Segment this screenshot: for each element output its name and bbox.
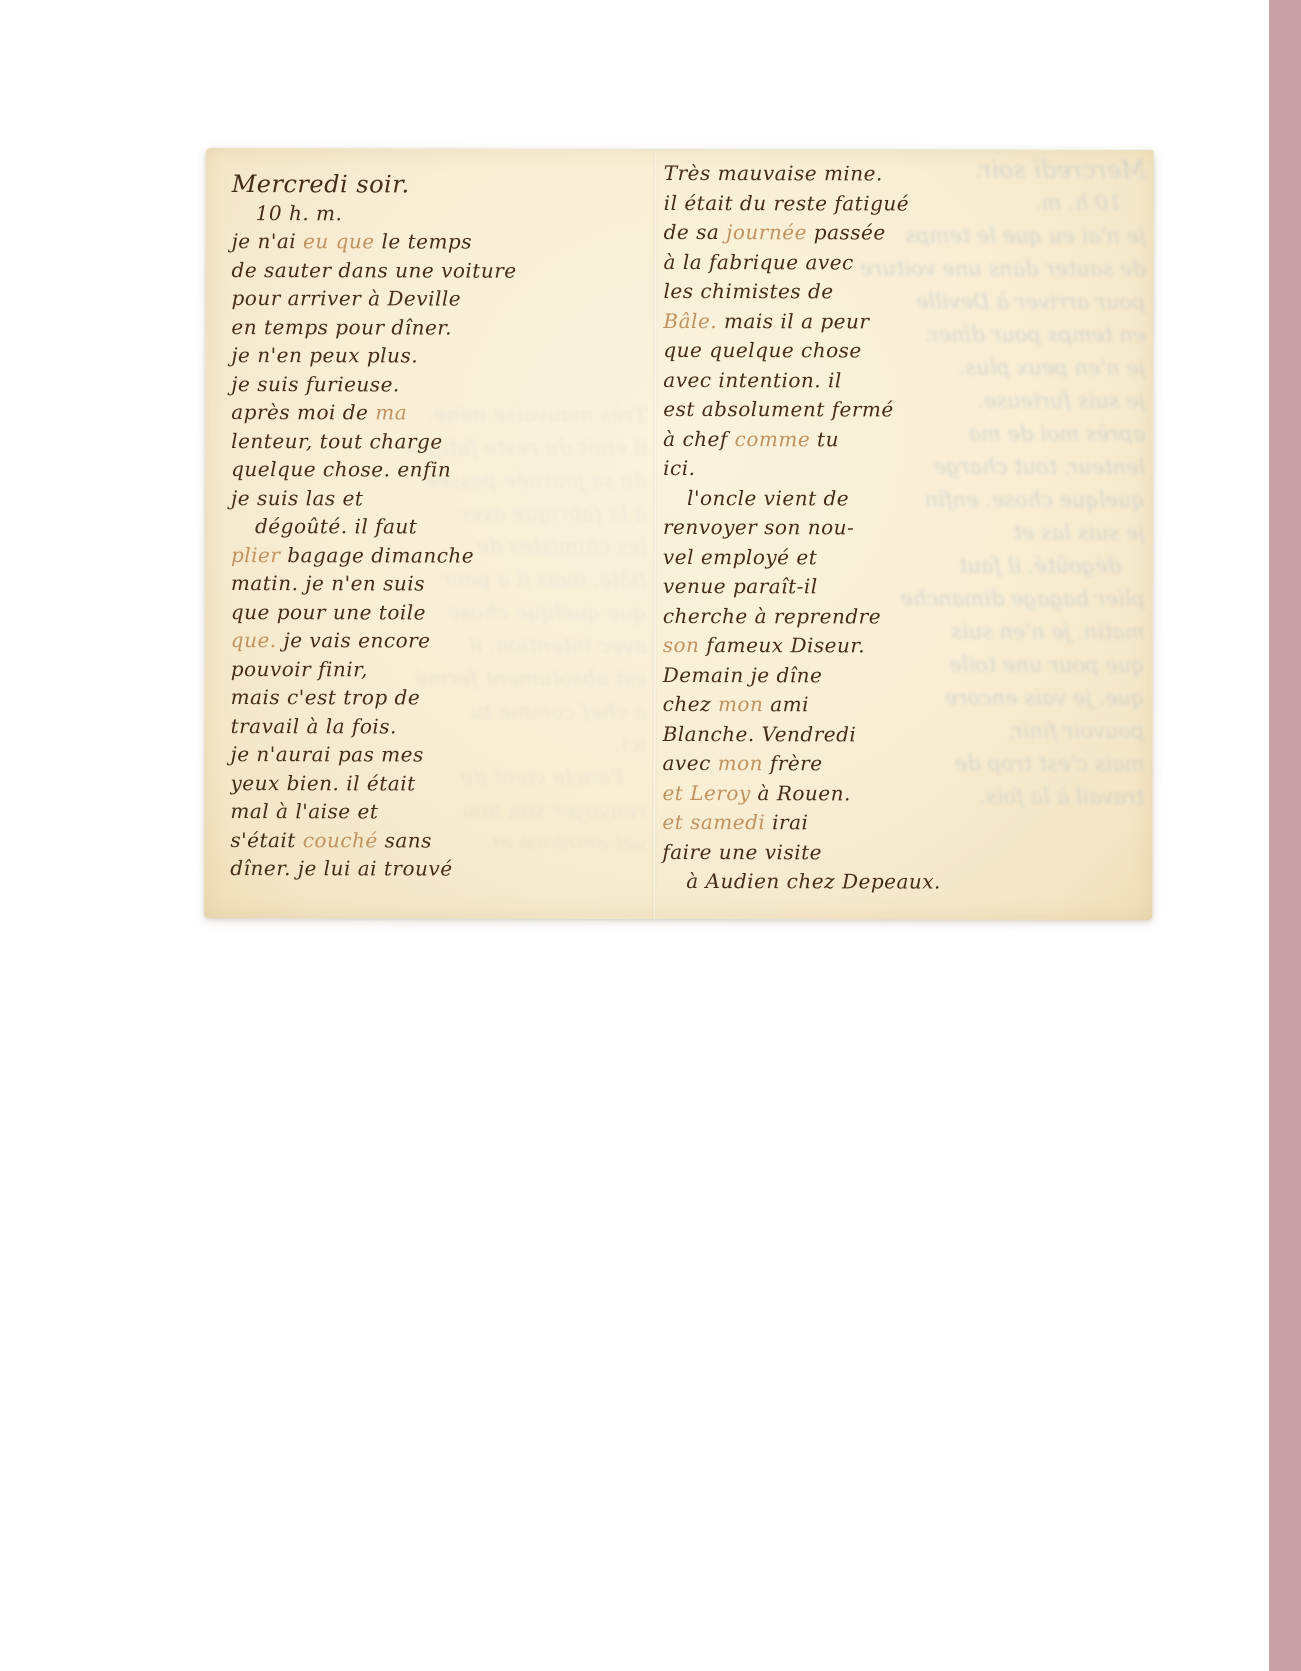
handwriting-line: yeux bien. il était: [230, 769, 652, 798]
handwriting-segment: mal à l'aise et: [230, 799, 378, 823]
handwriting-line: je suis furieuse.: [231, 370, 653, 399]
handwriting-line: que. je vais encore: [231, 626, 653, 655]
handwriting-line: chez mon ami: [663, 690, 1143, 721]
handwriting-line: lenteur, tout charge: [231, 427, 653, 456]
handwriting-segment: de sauter dans une voiture: [232, 258, 517, 283]
handwriting-segment: mais c'est trop de: [231, 685, 421, 709]
handwriting-segment: à la fabrique avec: [664, 249, 854, 273]
handwriting-line: pouvoir finir,: [231, 655, 653, 684]
handwriting-line: de sa journée passée: [664, 218, 1144, 249]
handwriting-line: et samedi irai: [662, 808, 1142, 839]
handwriting-segment: que quelque chose: [663, 338, 861, 362]
handwriting-line: ici.: [663, 454, 1143, 485]
handwriting-line: et Leroy à Rouen.: [662, 778, 1142, 809]
handwriting-line: son fameux Diseur.: [663, 631, 1143, 662]
handwriting-segment: en temps pour dîner.: [231, 315, 452, 339]
handwriting-line: que pour une toile: [231, 598, 653, 627]
handwriting-segment: et samedi: [662, 810, 765, 834]
handwriting-segment: avec: [662, 751, 717, 775]
handwriting-segment: les chimistes de: [663, 279, 833, 303]
letter-left-page: Mercredi soir.10 h. m.je n'ai eu que le …: [230, 170, 653, 883]
handwriting-segment: 10 h. m.: [256, 201, 343, 225]
handwriting-line: travail à la fois.: [231, 712, 653, 741]
handwriting-line: de sauter dans une voiture: [232, 256, 654, 285]
handwriting-line: s'était couché sans: [230, 826, 652, 855]
handwriting-segment: ami: [763, 692, 809, 716]
handwriting-segment: comme: [735, 427, 811, 451]
handwriting-segment: Blanche. Vendredi: [663, 721, 857, 745]
handwriting-segment: plier: [231, 543, 281, 567]
handwriting-segment: de sa: [664, 220, 727, 244]
handwriting-line: venue paraît-il: [663, 572, 1143, 603]
handwriting-line: Blanche. Vendredi: [663, 719, 1143, 750]
handwriting-segment: ma: [375, 400, 407, 424]
handwriting-segment: après moi de: [231, 400, 375, 424]
handwriting-line: avec mon frère: [662, 749, 1142, 780]
handwriting-line: dîner. je lui ai trouvé: [230, 854, 652, 883]
handwriting-segment: à Audien chez Depeaux.: [686, 869, 941, 894]
handwriting-segment: Mercredi soir.: [232, 170, 410, 198]
handwriting-segment: avec intention. il: [663, 367, 842, 391]
handwriting-line: cherche à reprendre: [663, 601, 1143, 632]
handwriting-line: dégoûté. il faut: [255, 512, 653, 541]
handwriting-line: faire une visite: [662, 837, 1142, 868]
handwriting-segment: à Rouen.: [751, 781, 851, 805]
handwriting-segment: Demain je dîne: [663, 662, 823, 686]
handwriting-segment: mon: [718, 692, 763, 716]
handwriting-segment: chez: [663, 692, 718, 716]
handwriting-line: mais c'est trop de: [231, 683, 653, 712]
handwriting-segment: matin. je n'en suis: [231, 571, 425, 595]
handwriting-segment: pour arriver à Deville: [231, 286, 461, 310]
handwriting-segment: son: [663, 633, 700, 657]
handwriting-line: que quelque chose: [663, 336, 1143, 367]
handwriting-segment: quelque chose. enfin: [231, 457, 451, 481]
handwriting-line: en temps pour dîner.: [231, 313, 653, 342]
handwriting-segment: je suis furieuse.: [231, 372, 400, 396]
handwriting-segment: vel employé et: [663, 544, 817, 568]
handwriting-segment: à chef: [663, 426, 735, 450]
handwriting-segment: yeux bien. il était: [230, 771, 415, 795]
handwriting-line: je n'en peux plus.: [231, 341, 653, 370]
handwriting-line: Mercredi soir.: [232, 170, 654, 199]
handwriting-segment: Bâle.: [663, 308, 717, 332]
handwriting-line: vel employé et: [663, 542, 1143, 573]
handwriting-line: à chef comme tu: [663, 424, 1143, 455]
handwriting-segment: couché: [303, 828, 378, 852]
handwriting-segment: frère: [763, 751, 823, 775]
handwriting-line: renvoyer son nou-: [663, 513, 1143, 544]
handwriting-line: matin. je n'en suis: [231, 569, 653, 598]
handwriting-segment: pouvoir finir,: [231, 657, 368, 681]
handwriting-line: Très mauvaise mine.: [664, 159, 1144, 190]
handwriting-line: l'oncle vient de: [687, 484, 1143, 514]
handwriting-segment: il était du reste fatigué: [664, 190, 910, 215]
handwriting-segment: s'était: [230, 828, 302, 852]
handwriting-segment: irai: [765, 810, 808, 834]
handwriting-line: je suis las et: [231, 484, 653, 513]
letter-right-page: Très mauvaise mine.il était du reste fat…: [662, 159, 1144, 898]
handwriting-segment: je vais encore: [277, 628, 431, 652]
handwriting-segment: l'oncle vient de: [687, 486, 849, 510]
handwriting-segment: sans: [378, 828, 432, 852]
handwriting-line: Bâle. mais il a peur: [663, 306, 1143, 337]
handwriting-segment: que.: [231, 628, 277, 652]
handwriting-line: les chimistes de: [663, 277, 1143, 308]
handwriting-line: Demain je dîne: [663, 660, 1143, 691]
handwriting-segment: je n'en peux plus.: [231, 343, 418, 367]
handwriting-line: je n'aurai pas mes: [231, 740, 653, 769]
handwriting-segment: fameux Diseur.: [699, 633, 865, 657]
handwriting-segment: passée: [807, 220, 886, 244]
catalog-page: Mercredi soir.10 h. m.je n'ai eu que le …: [0, 0, 1301, 1671]
handwriting-segment: je suis las et: [231, 486, 363, 510]
handwriting-line: 10 h. m.: [256, 199, 654, 228]
handwriting-segment: bagage dimanche: [280, 543, 474, 567]
handwriting-segment: journée: [726, 220, 807, 244]
handwriting-line: est absolument fermé: [663, 395, 1143, 426]
handwriting-line: après moi de ma: [231, 398, 653, 427]
handwriting-segment: tu: [810, 427, 839, 451]
handwriting-line: à Audien chez Depeaux.: [686, 867, 1142, 897]
handwriting-segment: ici.: [663, 456, 695, 480]
handwriting-segment: venue paraît-il: [663, 574, 818, 598]
letter-manuscript: Mercredi soir.10 h. m.je n'ai eu que le …: [204, 148, 1154, 920]
handwriting-segment: et Leroy: [662, 780, 750, 804]
handwriting-segment: faire une visite: [662, 839, 822, 863]
page-edge-accent-bar: [1269, 0, 1301, 1671]
handwriting-line: avec intention. il: [663, 365, 1143, 396]
handwriting-segment: Très mauvaise mine.: [664, 161, 883, 185]
handwriting-segment: mais il a peur: [717, 309, 869, 333]
handwriting-segment: je n'ai: [232, 229, 304, 253]
handwriting-line: à la fabrique avec: [664, 247, 1144, 278]
handwriting-segment: eu que: [303, 229, 375, 253]
handwriting-line: mal à l'aise et: [230, 797, 652, 826]
handwriting-segment: travail à la fois.: [231, 714, 397, 738]
handwriting-segment: mon: [718, 751, 763, 775]
handwriting-segment: je n'aurai pas mes: [231, 742, 424, 766]
handwriting-segment: est absolument fermé: [663, 397, 894, 421]
handwriting-segment: dégoûté. il faut: [255, 514, 417, 538]
handwriting-segment: lenteur, tout charge: [231, 429, 443, 453]
handwriting-segment: dîner. je lui ai trouvé: [230, 856, 452, 880]
handwriting-line: je n'ai eu que le temps: [232, 227, 654, 256]
handwriting-line: pour arriver à Deville: [231, 284, 653, 313]
handwriting-segment: le temps: [375, 229, 472, 253]
handwriting-segment: renvoyer son nou-: [663, 515, 854, 539]
handwriting-segment: cherche à reprendre: [663, 603, 881, 627]
handwriting-line: il était du reste fatigué: [664, 188, 1144, 219]
handwriting-line: plier bagage dimanche: [231, 541, 653, 570]
handwriting-segment: que pour une toile: [231, 600, 426, 624]
handwriting-line: quelque chose. enfin: [231, 455, 653, 484]
